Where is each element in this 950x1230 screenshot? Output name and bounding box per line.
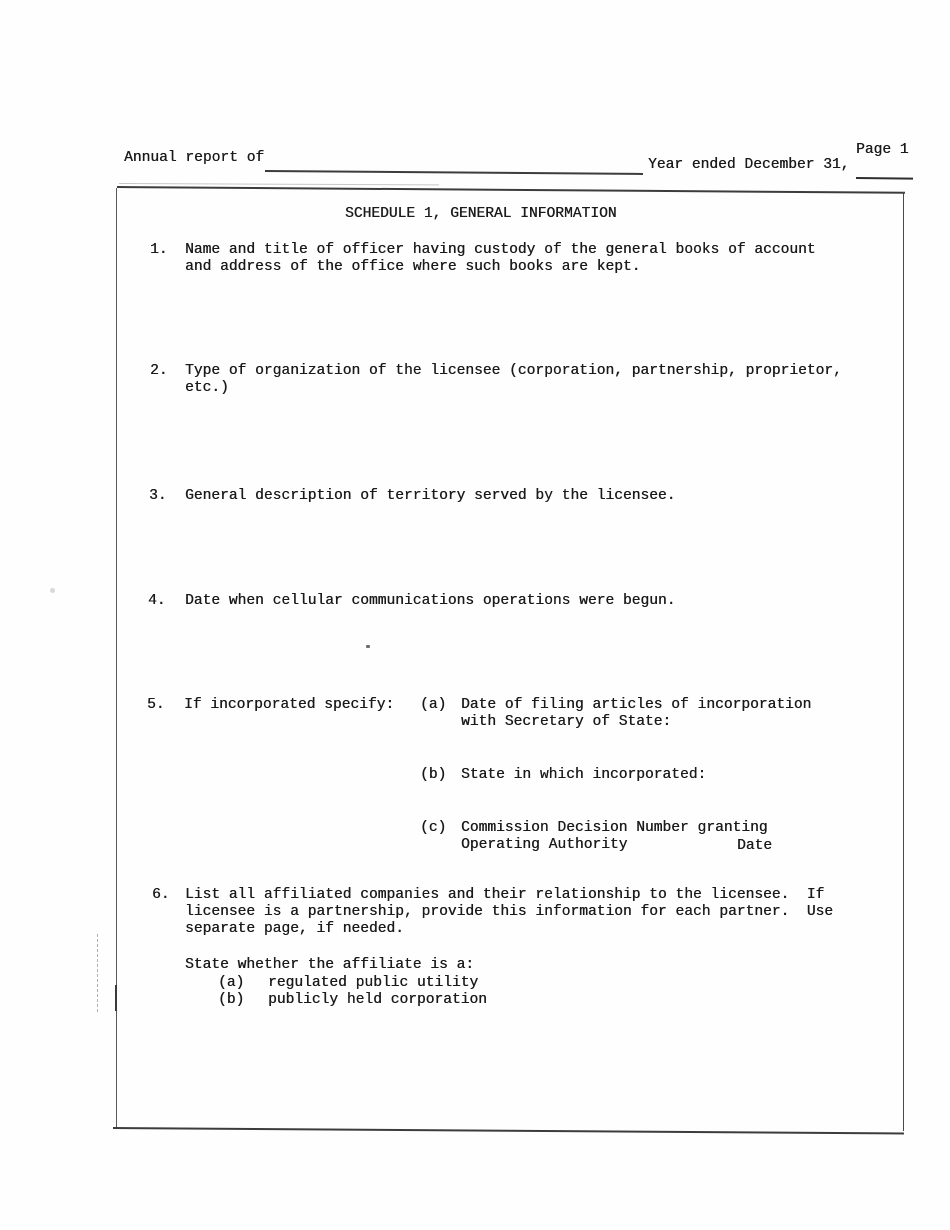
scan-speck	[366, 645, 370, 648]
item-6-number: 6.	[152, 887, 170, 904]
item-2-line-1: Type of organization of the licensee (co…	[185, 363, 842, 380]
item-5a-line-2: with Secretary of State:	[461, 714, 671, 731]
item-6a-text: regulated public utility	[268, 975, 478, 992]
item-6b-marker: (b)	[218, 992, 244, 1009]
page-number: Page 1	[856, 142, 909, 159]
item-6-line-2: licensee is a partnership, provide this …	[185, 904, 833, 921]
item-3-number: 3.	[149, 488, 167, 505]
scanned-form-page: Page 1 Annual report of Year ended Decem…	[0, 0, 950, 1230]
item-6a-marker: (a)	[218, 975, 244, 992]
box-right-border	[903, 192, 904, 1131]
item-1-number: 1.	[150, 242, 168, 259]
item-2-line-2: etc.)	[185, 380, 229, 397]
item-5c-line-1: Commission Decision Number granting	[461, 820, 768, 837]
annual-report-blank-line	[265, 170, 643, 174]
item-1-line-2: and address of the office where such boo…	[185, 259, 640, 276]
item-5c-marker: (c)	[420, 820, 446, 837]
box-bottom-border	[113, 1127, 904, 1134]
item-4-line-1: Date when cellular communications operat…	[185, 593, 675, 610]
item-3-line-1: General description of territory served …	[185, 488, 675, 505]
item-5c-line-2: Operating Authority	[461, 837, 627, 854]
box-top-border	[117, 186, 905, 193]
item-5b-marker: (b)	[420, 767, 446, 784]
box-top-border-ghost	[119, 183, 439, 185]
scan-speck-faint	[50, 588, 55, 593]
item-4-number: 4.	[148, 593, 166, 610]
item-6-line-3: separate page, if needed.	[185, 921, 404, 938]
item-5-label: If incorporated specify:	[184, 697, 394, 714]
item-2-number: 2.	[150, 363, 168, 380]
scan-margin-streak	[97, 934, 98, 1012]
item-5a-marker: (a)	[420, 697, 446, 714]
item-1-line-1: Name and title of officer having custody…	[185, 242, 816, 259]
item-5-number: 5.	[147, 697, 165, 714]
year-ended-label: Year ended December 31,	[648, 157, 849, 174]
item-5b-line-1: State in which incorporated:	[461, 767, 706, 784]
item-6-line-1: List all affiliated companies and their …	[185, 887, 824, 904]
item-5c-date-label: Date	[737, 838, 772, 855]
item-6-affiliate-prompt: State whether the affiliate is a:	[185, 957, 474, 974]
item-5a-line-1: Date of filing articles of incorporation	[461, 697, 811, 714]
annual-report-label: Annual report of	[124, 150, 264, 167]
scan-border-smudge	[115, 985, 118, 1011]
year-blank-line	[856, 177, 913, 180]
schedule-title: SCHEDULE 1, GENERAL INFORMATION	[345, 206, 617, 223]
item-6b-text: publicly held corporation	[268, 992, 487, 1009]
